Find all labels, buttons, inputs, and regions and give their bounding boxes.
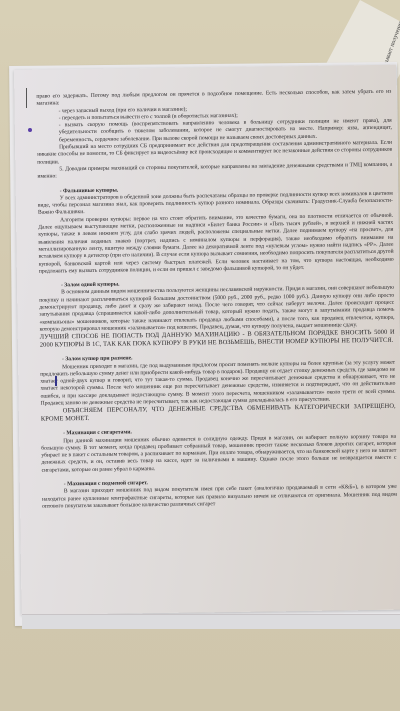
pen-mark bbox=[55, 376, 57, 386]
paragraph: Алгоритм проверки купюры: первое на что … bbox=[38, 212, 394, 275]
page-content: право его задержать. Потому под любым пр… bbox=[36, 89, 397, 511]
paragraph: В основном данным видом мошенничества по… bbox=[39, 285, 395, 334]
paragraph: Мошенник приходит в магазин, где под выд… bbox=[40, 359, 396, 408]
paragraph: В магазин приходит мошенник под видом по… bbox=[42, 484, 397, 511]
margin-mark bbox=[26, 88, 27, 108]
ink-dot bbox=[28, 128, 32, 132]
printed-page: право его задержать. Потому под любым пр… bbox=[14, 65, 400, 615]
page-bottom-edge bbox=[22, 614, 400, 629]
warning-caps: ЛУЧШИЙ СПОСОБ НЕ ПОПАСТЬ ПОД ДАННУЮ МАХИ… bbox=[40, 329, 395, 350]
paragraph: При данной махинации мошенник обычно оде… bbox=[41, 433, 396, 474]
